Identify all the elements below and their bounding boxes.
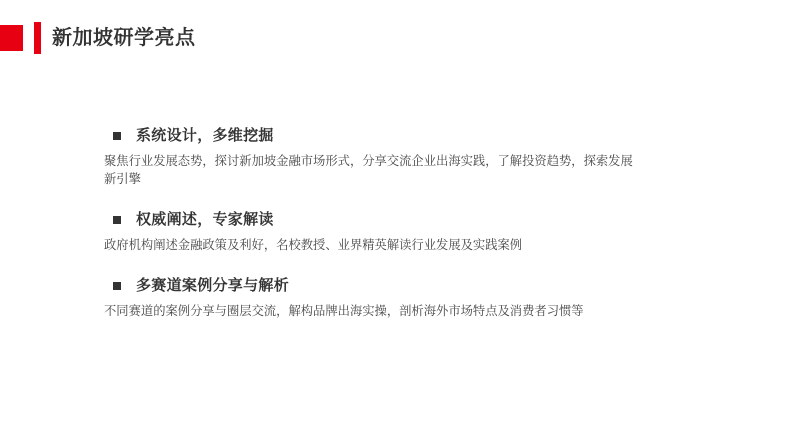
bullet-square-icon	[113, 282, 121, 290]
highlight-section: 系统设计，多维挖掘 聚焦行业发展态势，探讨新加坡金融市场形式，分享交流企业出海实…	[104, 126, 638, 188]
section-body: 不同赛道的案例分享与圈层交流，解构品牌出海实操，剖析海外市场特点及消费者习惯等	[104, 302, 638, 320]
highlight-section: 权威阐述，专家解读 政府机构阐述金融政策及利好，名校教授、业界精英解读行业发展及…	[104, 210, 638, 254]
slide: 新加坡研学亮点 系统设计，多维挖掘 聚焦行业发展态势，探讨新加坡金融市场形式，分…	[0, 0, 800, 448]
highlights-list: 系统设计，多维挖掘 聚焦行业发展态势，探讨新加坡金融市场形式，分享交流企业出海实…	[104, 126, 638, 342]
accent-square	[0, 25, 23, 51]
highlight-section: 多赛道案例分享与解析 不同赛道的案例分享与圈层交流，解构品牌出海实操，剖析海外市…	[104, 276, 638, 320]
section-body: 政府机构阐述金融政策及利好，名校教授、业界精英解读行业发展及实践案例	[104, 236, 638, 254]
section-heading-row: 多赛道案例分享与解析	[104, 276, 638, 296]
page-title: 新加坡研学亮点	[52, 23, 196, 53]
accent-bar	[34, 22, 41, 54]
section-heading-row: 系统设计，多维挖掘	[104, 126, 638, 146]
section-heading: 系统设计，多维挖掘	[136, 126, 274, 146]
section-heading: 权威阐述，专家解读	[136, 210, 274, 230]
bullet-square-icon	[113, 216, 121, 224]
section-body: 聚焦行业发展态势，探讨新加坡金融市场形式，分享交流企业出海实践，了解投资趋势，探…	[104, 152, 638, 188]
bullet-square-icon	[113, 132, 121, 140]
section-heading: 多赛道案例分享与解析	[136, 276, 289, 296]
section-heading-row: 权威阐述，专家解读	[104, 210, 638, 230]
